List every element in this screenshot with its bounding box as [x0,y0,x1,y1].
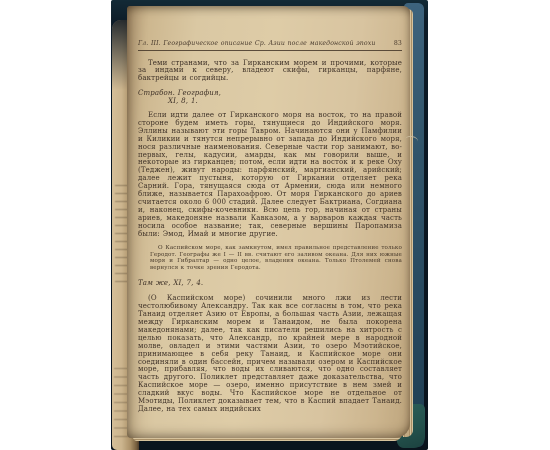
running-head: Гл. III. Географическое описание Ср. Ази… [138,40,402,51]
citation-ibid: Там же, XI, 7, 4. [138,280,402,288]
editor-note: О Каспийском море, как замкнутом, имел п… [138,245,402,271]
book-page: Гл. III. Географическое описание Ср. Ази… [127,6,410,438]
running-head-title: Гл. III. Географическое описание Ср. Ази… [138,40,386,47]
strabo-quote-1: Если идти далее от Гирканского моря на в… [138,112,402,239]
page-text-block: Гл. III. Географическое описание Ср. Ази… [138,40,402,432]
intro-paragraph: Теми странами, что за Гирканским морем и… [138,60,402,84]
page-number: 83 [394,40,402,47]
citation-locus: XI, 8, 1. [138,98,402,106]
book-photo: Гл. III. Географическое описание Ср. Ази… [111,0,428,450]
photo-background: Гл. III. Географическое описание Ср. Ази… [0,0,550,450]
strabo-quote-2: (О Каспийском море) сочинили много лжи и… [138,295,402,414]
citation-strabon: Страбон. География, XI, 8, 1. [138,90,402,106]
